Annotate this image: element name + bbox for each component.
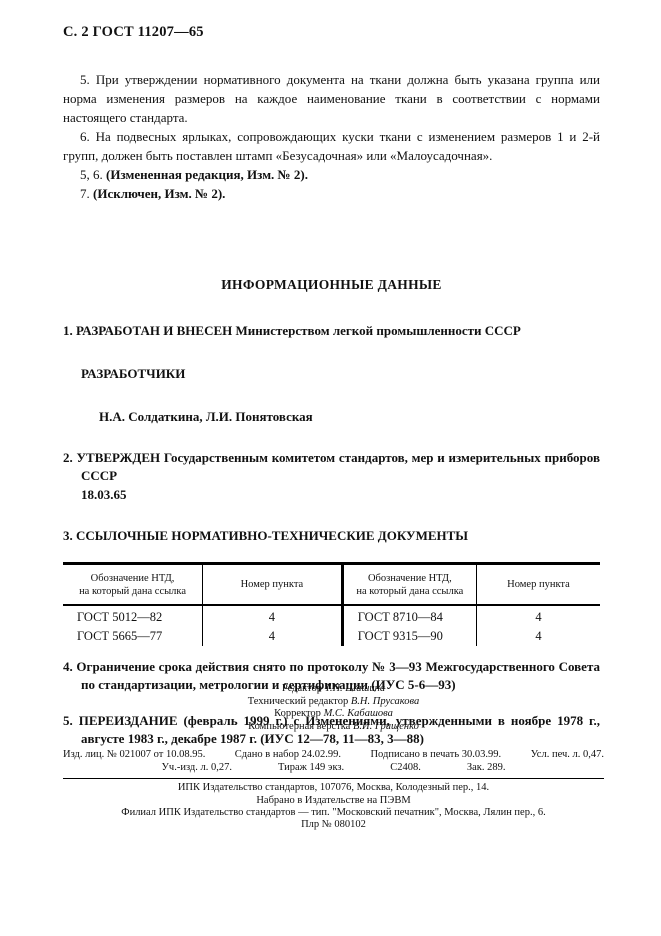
staff-role: Корректор [274,708,321,719]
table-header-cell: Обозначение НТД, на который дана ссылка [342,563,476,605]
imprint-code: С2408. [390,761,421,774]
imprint-print-date: Подписано в печать 30.03.99. [370,748,501,761]
technical-editor-line: Технический редактор В.Н. Прусакова [63,696,604,709]
staff-name: Т.П. Шашина [325,683,385,694]
imprint-row-1: Изд. лиц. № 021007 от 10.08.95. Сдано в … [63,748,604,761]
staff-name: В.И. Грищенко [353,721,419,732]
references-table: Обозначение НТД, на который дана ссылка … [63,562,600,646]
publisher-block: ИПК Издательство стандартов, 107076, Мос… [63,782,604,831]
table-cell-clause: 4 [476,627,600,646]
table-cell-ntd: ГОСТ 9315—90 [342,627,476,646]
amendment-text: (Измененная редакция, Изм. № 2). [106,167,308,182]
imprint-row-2: Уч.-изд. л. 0,27. Тираж 149 экз. С2408. … [63,761,604,774]
info-item-3-references-heading: 3. ССЫЛОЧНЫЕ НОРМАТИВНО-ТЕХНИЧЕСКИЕ ДОКУ… [63,527,600,546]
divider-rule [63,778,604,779]
page-content: С. 2 ГОСТ 11207—65 5. При утверждении но… [0,0,661,749]
approval-date: 18.03.65 [63,486,600,505]
amendment-prefix: 5, 6. [80,167,106,182]
table-cell-ntd: ГОСТ 5012—82 [63,605,203,627]
developers-heading: РАЗРАБОТЧИКИ [63,366,600,382]
imprint-print-sheets: Усл. печ. л. 0,47. [531,748,604,761]
table-header-cell: Номер пункта [476,563,600,605]
colophon-section: Редактор Т.П. Шашина Технический редакто… [63,683,604,832]
table-cell-clause: 4 [476,605,600,627]
imprint-order: Зак. 289. [467,761,506,774]
editor-line: Редактор Т.П. Шашина [63,683,604,696]
intro-paragraph-6: 6. На подвесных ярлыках, сопровождающих … [63,127,600,165]
info-item-1-developed: 1. РАЗРАБОТАН И ВНЕСЕН Министерством лег… [63,322,600,341]
table-cell-ntd: ГОСТ 5665—77 [63,627,203,646]
imprint-license: Изд. лиц. № 021007 от 10.08.95. [63,748,205,761]
proofreader-line: Корректор М.С. Кабашова [63,708,604,721]
staff-role: Редактор [282,683,322,694]
imprint-circulation: Тираж 149 экз. [278,761,344,774]
intro-section: 5. При утверждении нормативного документ… [63,70,600,203]
amendment-note-5-6: 5, 6. (Измененная редакция, Изм. № 2). [63,165,600,184]
developers-names: Н.А. Солдаткина, Л.И. Понятовская [63,409,600,425]
info-item-2-approved: 2. УТВЕРЖДЕН Государственным комитетом с… [63,449,600,486]
table-row: ГОСТ 5012—82 4 ГОСТ 8710—84 4 [63,605,600,627]
staff-name: В.Н. Прусакова [351,696,419,707]
imprint-typeset-date: Сдано в набор 24.02.99. [235,748,341,761]
publisher-line: Плр № 080102 [63,819,604,831]
table-header-cell: Обозначение НТД, на который дана ссылка [63,563,203,605]
publisher-line: ИПК Издательство стандартов, 107076, Мос… [63,782,604,794]
layout-line: Компьютерная верстка В.И. Грищенко [63,721,604,734]
staff-role: Компьютерная верстка [248,721,350,732]
page-header: С. 2 ГОСТ 11207—65 [63,24,600,41]
table-cell-clause: 4 [203,605,343,627]
intro-paragraph-5: 5. При утверждении нормативного документ… [63,70,600,127]
imprint-pub-sheets: Уч.-изд. л. 0,27. [162,761,233,774]
info-data-title: ИНФОРМАЦИОННЫЕ ДАННЫЕ [63,277,600,293]
staff-name: М.С. Кабашова [324,708,393,719]
table-cell-ntd: ГОСТ 8710—84 [342,605,476,627]
table-header-row: Обозначение НТД, на который дана ссылка … [63,563,600,605]
staff-role: Технический редактор [248,696,349,707]
document-page: С. 2 ГОСТ 11207—65 5. При утверждении но… [0,0,661,936]
table-cell-clause: 4 [203,627,343,646]
table-row: ГОСТ 5665—77 4 ГОСТ 9315—90 4 [63,627,600,646]
publisher-line: Филиал ИПК Издательство стандартов — тип… [63,807,604,819]
amendment-text: (Исключен, Изм. № 2). [93,186,225,201]
amendment-note-7: 7. (Исключен, Изм. № 2). [63,184,600,203]
publisher-line: Набрано в Издательстве на ПЭВМ [63,795,604,807]
amendment-prefix: 7. [80,186,93,201]
table-header-cell: Номер пункта [203,563,343,605]
